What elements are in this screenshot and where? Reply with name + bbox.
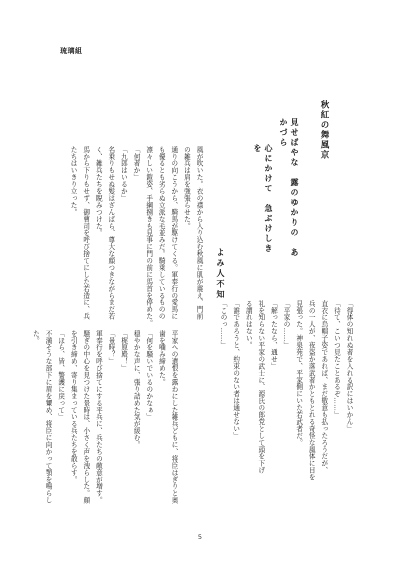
prose-block-bottom: 平家への遺恨を露わにした雑兵どもに、将臣はぎりと奥 歯を噛み締めた。 「何を騒い… [29,330,180,530]
prose-line: を引き締め、寄り集まっている兵たちを散らす。 [67,330,80,530]
prose-line: 「九郎はいるか」 [117,146,130,306]
prose-line: 不満そうな部下に眉を顰め、将臣に向かって顎を鳴らし [41,330,54,530]
prose-line: たちはいきり立った。 [66,146,79,306]
prose-line: 「何を騒いでいるのかなぁ」 [142,330,155,530]
prose-line: 直衣に烏帽子姿であれば、まだ敬意も払ったろうだが、 [317,300,330,535]
prose-line: 「このっ……」 [216,300,229,535]
prose-line: 兵の一人が、夜盗か落武者かともとれる奇怪な風体に目を [305,300,318,535]
prose-block-right: 「得体の知れぬ者を入れる訳にはいかん」 「待て、こいつ見たことあるぞ……」 直衣… [216,300,355,535]
prose-line: る謂れはない。 [242,300,255,535]
prose-line: 穏やかな声に、張り詰めた気が緩む。 [130,330,143,530]
prose-line: 「解ったなら、通せ」 [267,300,280,535]
prose-line: た。 [29,330,42,530]
prose-line: 「平家の……」 [279,300,292,535]
prose-line: 名乗りもせぬ髪はざんばら、尊大な顔つきながらまだ若 [104,146,117,306]
prose-line: も優るとも劣らぬ立派な毛並みだ。騎乗しているものの [155,146,168,306]
prose-line: の雑兵は肩を強張らせた。 [180,146,193,306]
prose-line: 騒ぎの中心を見つけた景時は、小さく声を洩らした。顔 [79,330,92,530]
prose-line: 風が吹いた。衣の襟から入り込む秋風に肌が震え、門前 [192,146,205,306]
prose-line: 「待て、こいつ見たことあるぞ……」 [330,300,343,535]
running-header: 琉璃組 [60,46,83,56]
prose-line: 通りの向こうから、騎馬が駆けてくる。軍奉行の愛馬に [167,146,180,306]
prose-line: 「ほら、皆、警護に戻って」 [54,330,67,530]
prose-line: 「景時？」 [104,330,117,530]
prose-line: 凛々しい鎧姿、手綱捌きも見事に門の前に馬首を停めた。 [142,146,155,306]
prose-line: 礼を知らない平家の武士に、源氏の郎党として頭を下げ [254,300,267,535]
poem-author: よみ人不知 [216,248,227,308]
prose-line: 「得体の知れぬ者を入れる訳にはいかん」 [342,300,355,535]
prose-line: 「何者か」 [129,146,142,306]
page-number: 5 [0,533,400,541]
prose-line: 「誰であろうと、約束のない者は通せない」 [229,300,242,535]
prose-line: 歯を噛み締めた。 [155,330,168,530]
prose-line: 見張った。神泉苑で、平家側にいた若武者だ。 [292,300,305,535]
prose-line: 「梶原殿！」 [117,330,130,530]
prose-line: く、雑兵たちを睨みつけた。 [92,146,105,306]
prose-line: 馬から下りもせず、御曹司を呼び捨てにした若造に、兵 [79,146,92,306]
prose-line: 軍奉行を呼び捨てにする平兵に、兵たちの敵意が増す。 [92,330,105,530]
poem-line-2: 心にかけて 急ぶけしきを [253,118,275,258]
prose-line: 平家への遺恨を露わにした雑兵どもに、将臣はぎりと奥 [167,330,180,530]
chapter-title: 秋紅の舞風京 [318,100,330,180]
poem-line-1: 見せばやな 露のゆかりの あかづら [279,118,301,258]
prose-block-top: 風が吹いた。衣の襟から入り込む秋風に肌が震え、門前 の雑兵は肩を強張らせた。 通… [66,146,205,306]
